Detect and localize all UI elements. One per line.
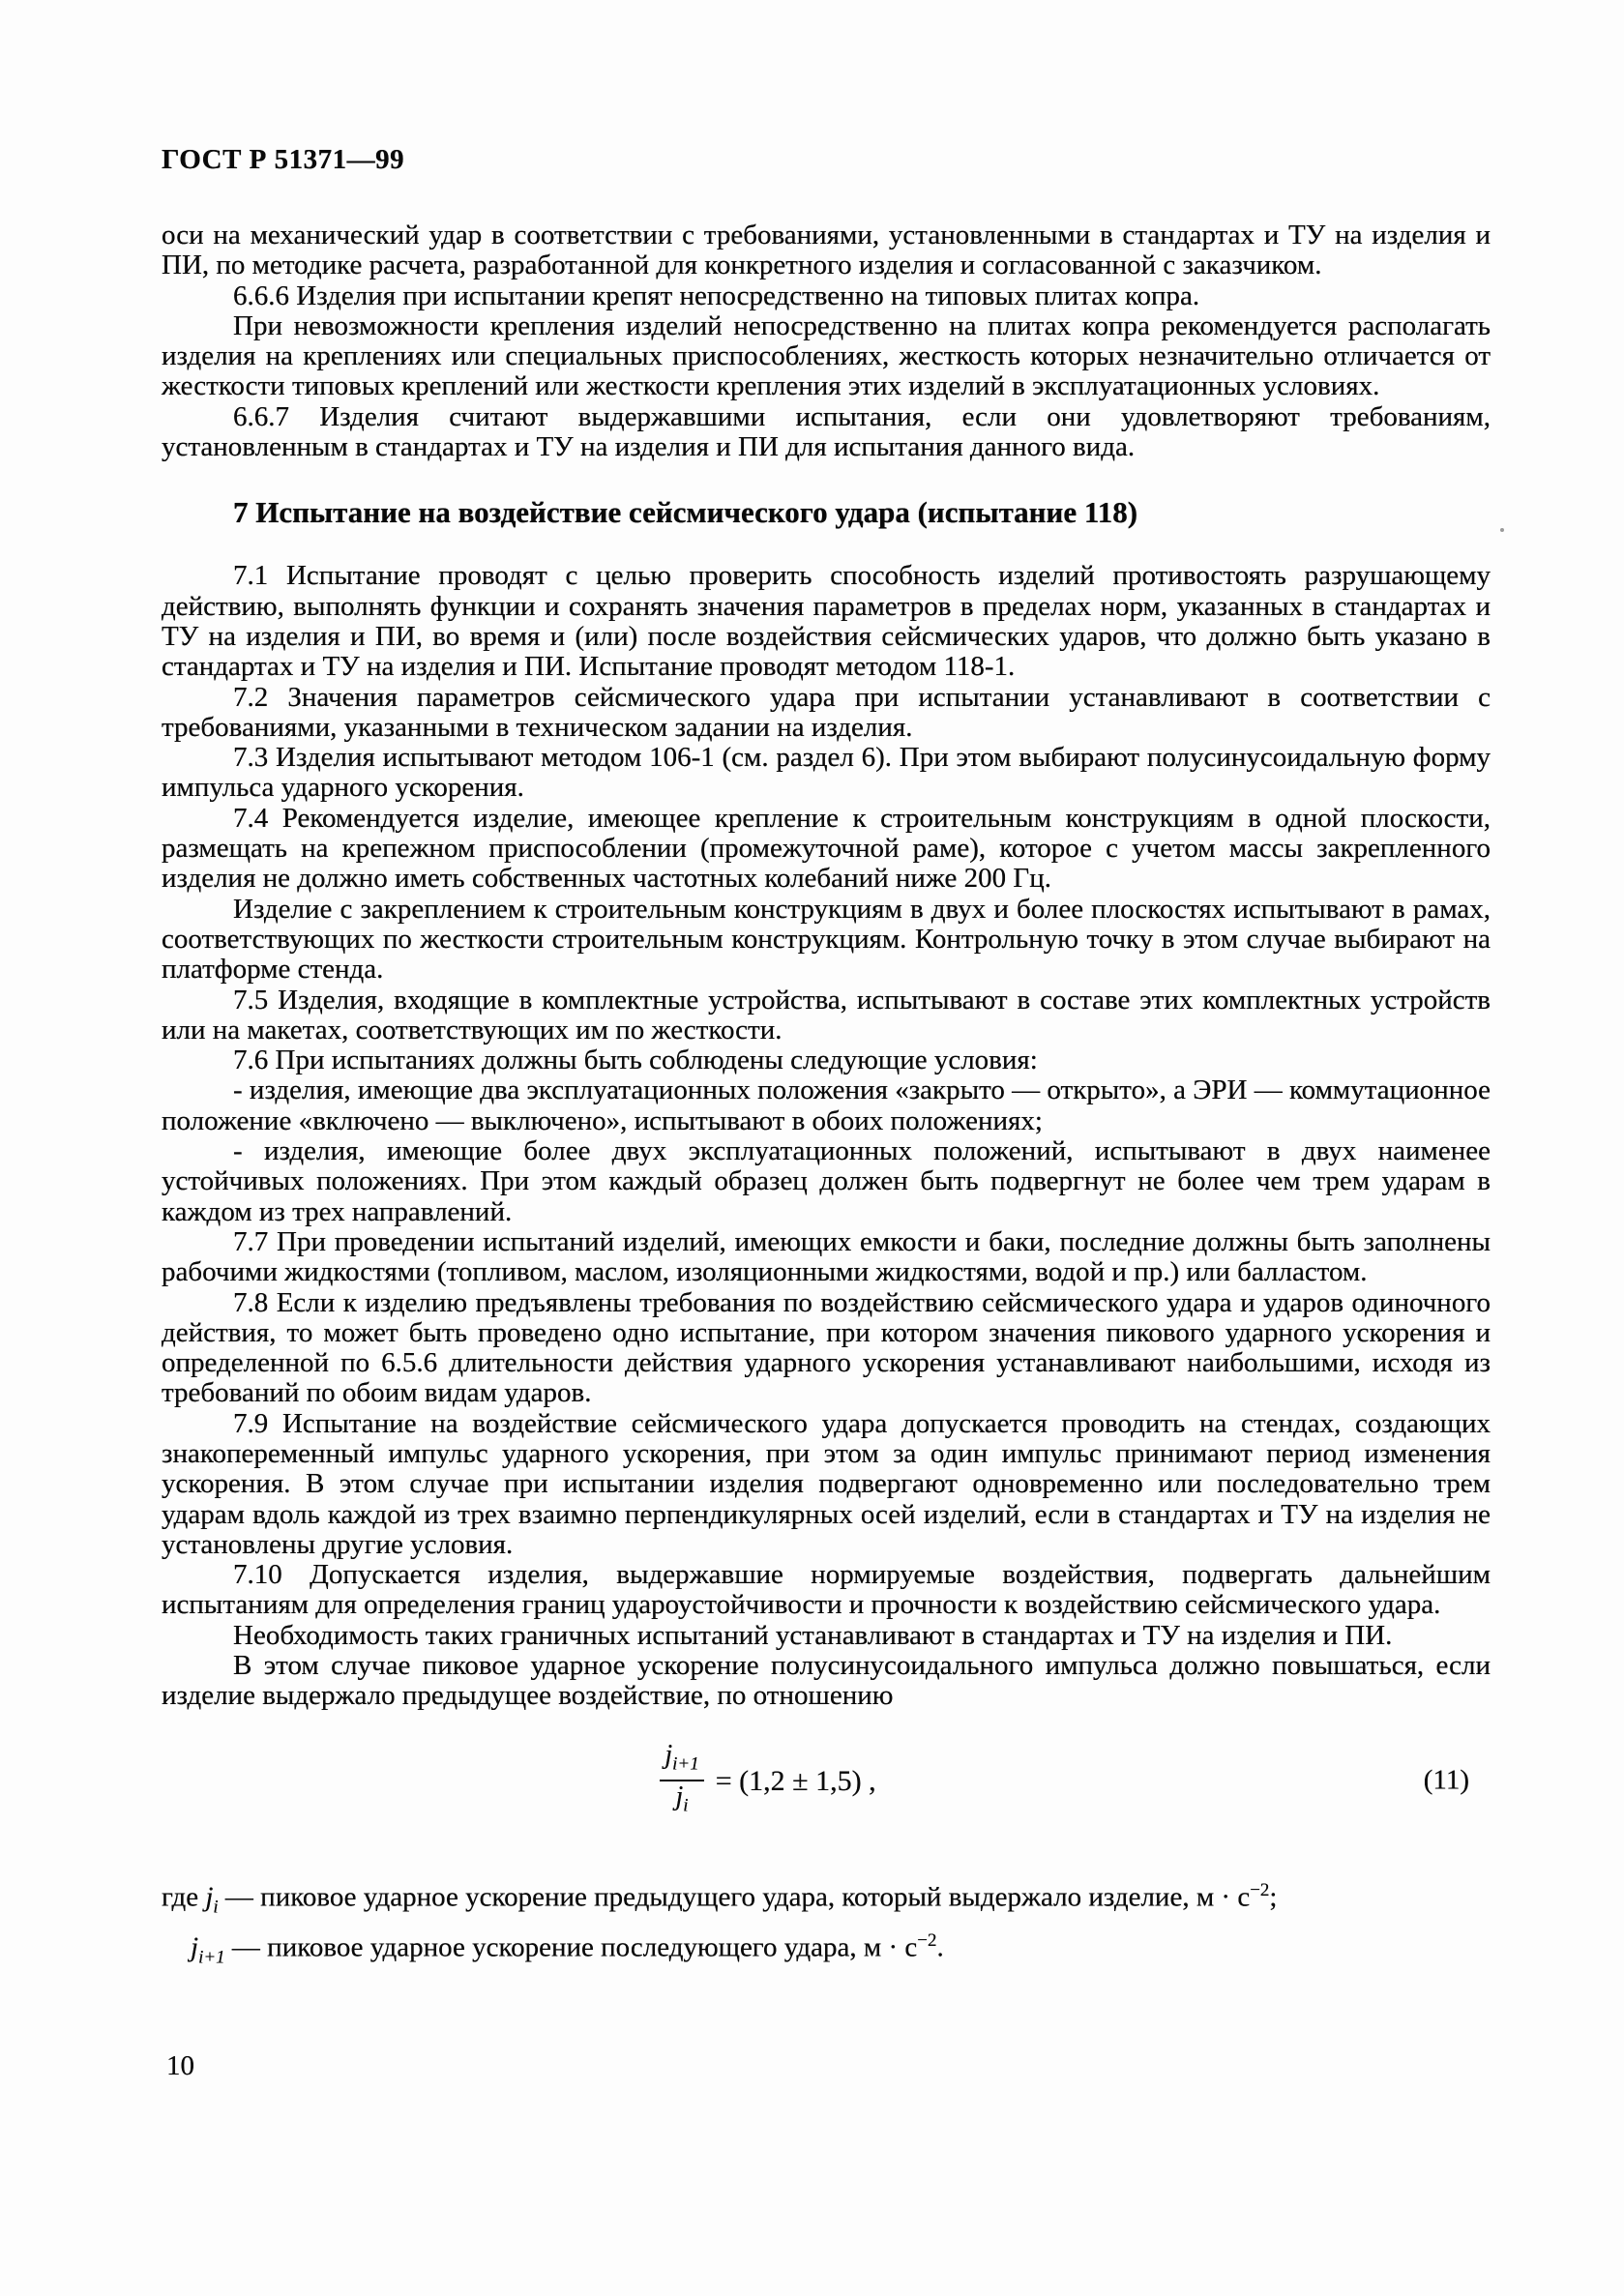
para-7-9: 7.9 Испытание на воздействие сейсмическо… [162, 1409, 1491, 1560]
formula-fraction: ji+1 ji [660, 1741, 703, 1821]
where-tail: ; [1269, 1882, 1277, 1913]
list-item-two-positions: - изделия, имеющие два эксплуатационных … [162, 1075, 1491, 1136]
formula-numerator-sub: i+1 [672, 1753, 699, 1774]
formula-denominator-var: j [676, 1781, 684, 1811]
formula-denominator: ji [676, 1781, 689, 1821]
para-continued-from-prev-page: оси на механический удар в соответствии … [162, 221, 1491, 281]
para-7-8: 7.8 Если к изделию предъявлены требовани… [162, 1288, 1491, 1409]
para-7-7: 7.7 При проведении испытаний изделий, им… [162, 1227, 1491, 1288]
para-7-10: 7.10 Допускается изделия, выдержавшие но… [162, 1560, 1491, 1621]
page-number: 10 [166, 2050, 194, 2082]
where-var-sub: i+1 [198, 1948, 225, 1968]
para-7-2: 7.2 Значения параметров сейсмического уд… [162, 683, 1491, 744]
equation-number: (11) [1424, 1766, 1469, 1796]
where-definition-ji: где ji — пиковое ударное ускорение преды… [162, 1873, 1491, 1924]
where-text: — пиковое ударное ускорение предыдущего … [219, 1882, 1251, 1913]
formula-denominator-sub: i [683, 1796, 688, 1816]
where-unit-exponent: −2 [917, 1930, 936, 1951]
where-prefix: где [162, 1882, 205, 1913]
para-6-6-7: 6.6.7 Изделия считают выдержавшими испыт… [162, 402, 1491, 463]
para-7-4: 7.4 Рекомендуется изделие, имеющее крепл… [162, 804, 1491, 895]
formula-numerator-var: j [664, 1740, 672, 1770]
list-item-more-positions: - изделия, имеющие более двух эксплуатац… [162, 1136, 1491, 1227]
running-header-doc-code: ГОСТ Р 51371—99 [162, 144, 404, 176]
where-definition-ji1: ji+1 — пиковое ударное ускорение последу… [162, 1924, 1491, 1974]
section-7-heading: 7 Испытание на воздействие сейсмического… [162, 494, 1491, 531]
para-7-1: 7.1 Испытание проводят с целью проверить… [162, 561, 1491, 682]
formula-block: ji+1 ji = (1,2 ± 1,5) , (11) [162, 1741, 1491, 1821]
where-var: j [191, 1932, 198, 1963]
scan-artifact-dot [1500, 528, 1504, 532]
where-unit-exponent: −2 [1250, 1880, 1269, 1900]
formula-rhs: = (1,2 ± 1,5) , [716, 1766, 876, 1796]
document-page: ГОСТ Р 51371—99 оси на механический удар… [0, 0, 1624, 2296]
para-7-10-note: Необходимость таких граничных испытаний … [162, 1621, 1491, 1651]
para-7-6: 7.6 При испытаниях должны быть соблюдены… [162, 1045, 1491, 1075]
para-7-3: 7.3 Изделия испытывают методом 106-1 (см… [162, 743, 1491, 804]
where-text: — пиковое ударное ускорение последующего… [225, 1932, 918, 1963]
formula-numerator: ji+1 [660, 1741, 703, 1782]
formula-11: ji+1 ji = (1,2 ± 1,5) , [660, 1741, 875, 1821]
page-content: оси на механический удар в соответствии … [162, 221, 1491, 1975]
para-6-6-6-note: При невозможности крепления изделий непо… [162, 311, 1491, 402]
para-7-5: 7.5 Изделия, входящие в комплектные устр… [162, 986, 1491, 1046]
para-7-4-continuation: Изделие с закреплением к строительным ко… [162, 895, 1491, 986]
para-6-6-6: 6.6.6 Изделия при испытании крепят непос… [162, 281, 1491, 311]
where-tail: . [937, 1932, 944, 1963]
para-formula-intro: В этом случае пиковое ударное ускорение … [162, 1651, 1491, 1712]
